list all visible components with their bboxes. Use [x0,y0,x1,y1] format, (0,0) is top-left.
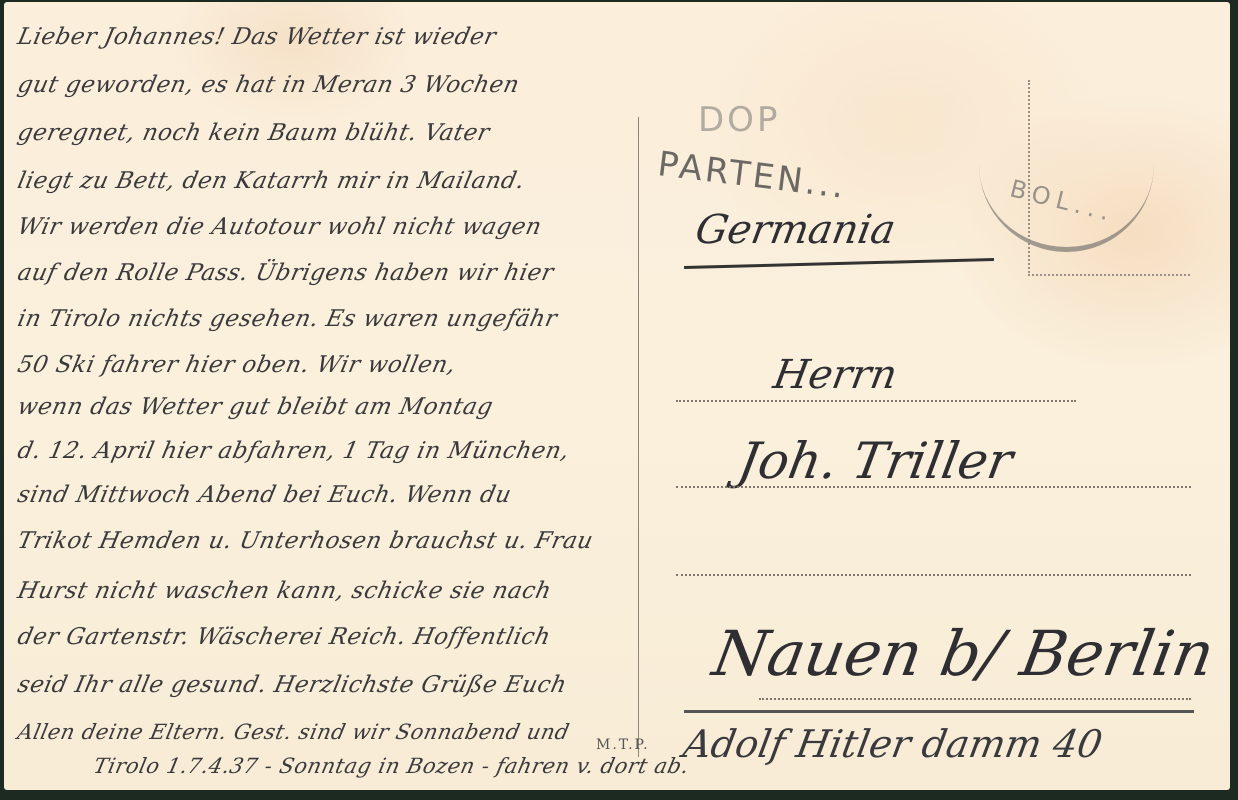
stamp-box-border [1028,80,1030,276]
address-line-dotted [676,574,1191,576]
message-line: Trikot Hemden u. Unterhosen brauchst u. … [15,528,595,554]
address-recipient: Joh. Triller [734,432,1017,490]
address-country: Germania [692,207,899,253]
publisher-mark: M.T.P. [596,737,650,753]
cancellation-stamp-top: DOP [698,100,780,140]
message-line: geregnet, noch kein Baum blüht. Vater [15,120,492,146]
stamp-box-border [1028,274,1190,276]
country-underline [684,258,994,269]
cancellation-stamp-parten: PARTEN... [656,144,849,207]
message-line: der Gartenstr. Wäscherei Reich. Hoffentl… [15,624,553,650]
message-line: in Tirolo nichts gesehen. Es waren ungef… [15,306,559,332]
message-line: liegt zu Bett, den Katarrh mir in Mailan… [15,168,527,194]
message-line: gut geworden, es hat in Meran 3 Wochen [15,72,522,98]
address-line-dotted [759,698,1191,700]
message-line: seid Ihr alle gesund. Herzlichste Grüße … [15,672,569,698]
message-line: wenn das Wetter gut bleibt am Montag [15,394,495,420]
message-line: 50 Ski fahrer hier oben. Wir wollen, [15,352,458,378]
message-line: Wir werden die Autotour wohl nicht wagen [15,214,544,240]
message-line: auf den Rolle Pass. Übrigens haben wir h… [15,260,556,286]
address-city: Nauen b/ Berlin [708,617,1220,690]
message-line: Tirolo 1.7.4.37 - Sonntag in Bozen - fah… [91,754,691,778]
city-underline [684,710,1194,713]
address-street: Adolf Hitler damm 40 [680,722,1106,766]
address-salutation: Herrn [770,352,901,398]
message-line: Lieber Johannes! Das Wetter ist wieder [15,24,498,50]
message-line: Hurst nicht waschen kann, schicke sie na… [15,578,554,604]
message-line: sind Mittwoch Abend bei Euch. Wenn du [15,482,514,508]
vertical-divider [638,117,639,757]
address-line-dotted [676,400,1076,402]
message-line: d. 12. April hier abfahren, 1 Tag in Mün… [15,438,572,464]
message-line: Allen deine Eltern. Gest. sind wir Sonna… [15,720,571,744]
address-line-dotted [676,486,1191,488]
postcard: Lieber Johannes! Das Wetter ist wieder g… [4,2,1230,790]
